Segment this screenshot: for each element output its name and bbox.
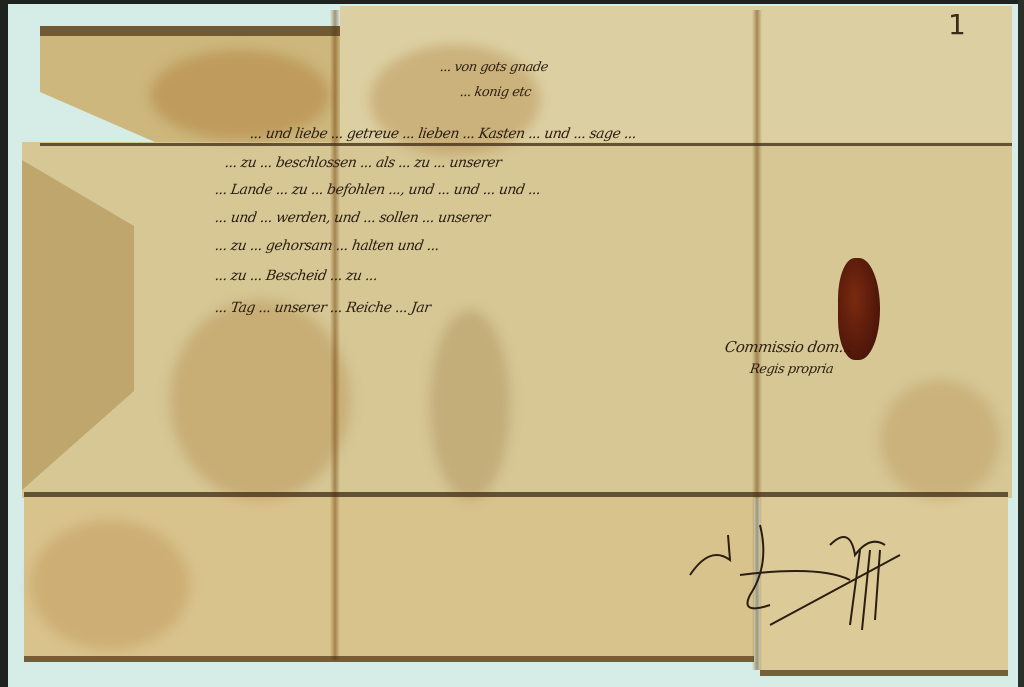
water-stain xyxy=(30,520,190,650)
body-line: ... zu ... gehorsam ... halten und ... xyxy=(214,238,440,254)
paper-edge xyxy=(760,670,1008,676)
vertical-fold xyxy=(330,10,340,660)
horizontal-tear xyxy=(24,492,1008,497)
signature-flourish xyxy=(680,505,920,645)
closing-line: Commissio dom... xyxy=(724,338,853,356)
body-line: ... Lande ... zu ... befohlen ..., und .… xyxy=(214,182,541,198)
paper-edge xyxy=(24,656,754,662)
address-line: ... von gots gnade xyxy=(439,60,549,75)
address-line: ... konig etc xyxy=(459,85,532,100)
page-number: 1 xyxy=(948,8,966,41)
screen-frame xyxy=(1018,0,1024,687)
water-stain xyxy=(430,310,510,500)
body-line: ... Tag ... unserer ... Reiche ... Jar xyxy=(214,300,432,316)
horizontal-fold xyxy=(40,143,1012,146)
body-line: ... zu ... beschlossen ... als ... zu ..… xyxy=(224,155,502,171)
body-line: ... und ... werden, und ... sollen ... u… xyxy=(214,210,491,226)
body-line: ... und liebe ... getreue ... lieben ...… xyxy=(249,126,637,142)
closing-line: Regis propria xyxy=(749,362,834,377)
water-stain xyxy=(880,380,1000,500)
paper-edge xyxy=(40,26,340,36)
water-stain xyxy=(170,300,350,500)
body-line: ... zu ... Bescheid ... zu ... xyxy=(214,268,378,284)
